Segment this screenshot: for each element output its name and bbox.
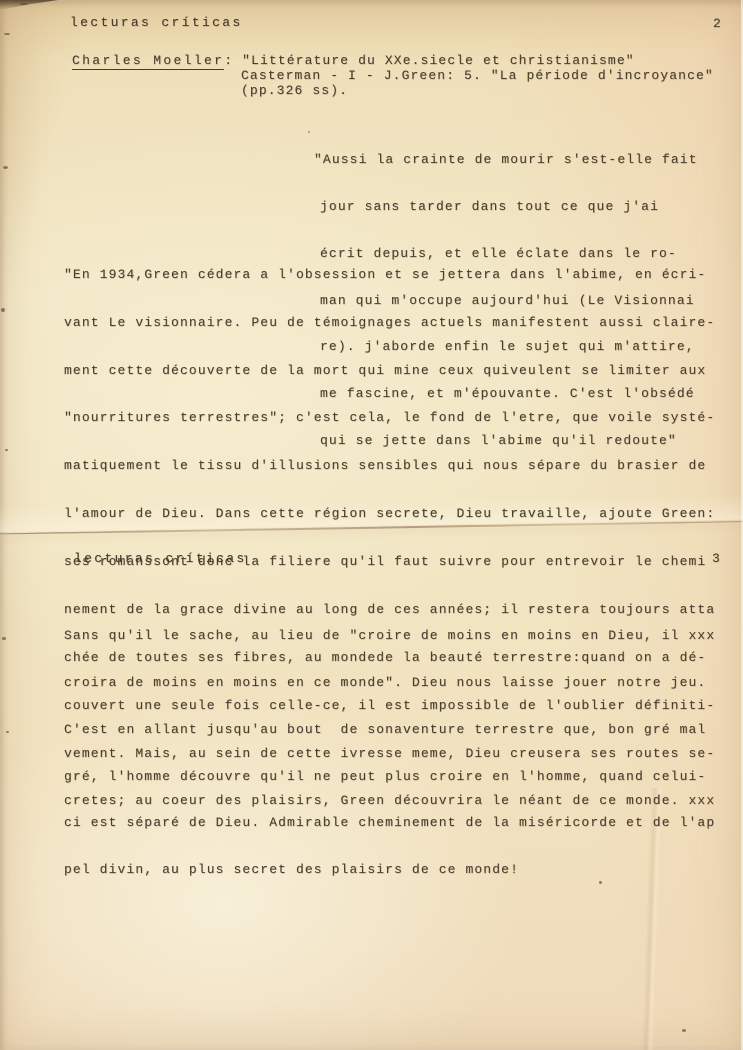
body-line: ment cette découverte de la mort qui min… xyxy=(64,363,715,379)
paper-speck xyxy=(1,308,5,312)
scanned-page: lecturas críticas 2 Charles Moeller: "Li… xyxy=(0,0,743,1050)
body-line: matiquement le tissu d'illusions sensibl… xyxy=(64,458,715,474)
quote-line: "Aussi la crainte de mourir s'est-elle f… xyxy=(314,152,698,168)
page2-number: 2 xyxy=(713,16,721,31)
page3-number: 3 xyxy=(712,551,720,566)
work-title: "Littérature du XXe.siecle et christiani… xyxy=(242,53,635,68)
reference-line-3: (pp.326 ss). xyxy=(241,83,348,98)
author-separator: : xyxy=(224,53,242,68)
body-line: C'est en allant jusqu'au bout de sonaven… xyxy=(64,722,715,738)
paper-speck xyxy=(6,731,9,733)
body-line: "nourritures terrestres"; c'est cela, le… xyxy=(64,410,715,426)
quote-line: jour sans tarder dans tout ce que j'ai xyxy=(314,199,698,215)
paper-speck xyxy=(4,33,10,35)
author-name: Charles Moeller xyxy=(72,53,224,70)
body-line: l'amour de Dieu. Dans cette région secre… xyxy=(64,506,715,522)
paper-speck xyxy=(3,166,8,169)
torn-corner-mark xyxy=(0,0,58,10)
paper-speck xyxy=(5,449,8,451)
body-line: gré, l'homme découvre qu'il ne peut plus… xyxy=(64,769,715,785)
paper-speck xyxy=(682,1029,686,1032)
page3-body-paragraph: Sans qu'il le sache, au lieu de "croire … xyxy=(64,597,715,909)
page2-running-header: lecturas críticas xyxy=(70,15,243,30)
body-line: pel divin, au plus secret des plaisirs d… xyxy=(64,862,715,878)
reference-line-2: Casterman - I - J.Green: 5. "La période … xyxy=(241,68,714,83)
body-line: croira de moins en moins en ce monde". D… xyxy=(64,675,715,691)
body-line: "En 1934,Green cédera a l'obsession et s… xyxy=(64,267,715,283)
page3-running-header: lecturas críticas xyxy=(74,551,247,566)
paper-speck xyxy=(2,637,6,640)
body-line: ci est séparé de Dieu. Admirable chemine… xyxy=(64,815,715,831)
paper-speck xyxy=(20,3,28,5)
page2-reference-heading: Charles Moeller: "Littérature du XXe.sie… xyxy=(72,53,635,68)
body-line: vant Le visionnaire. Peu de témoignages … xyxy=(64,315,715,331)
body-line: Sans qu'il le sache, au lieu de "croire … xyxy=(64,628,715,644)
paper-speck xyxy=(308,131,310,133)
